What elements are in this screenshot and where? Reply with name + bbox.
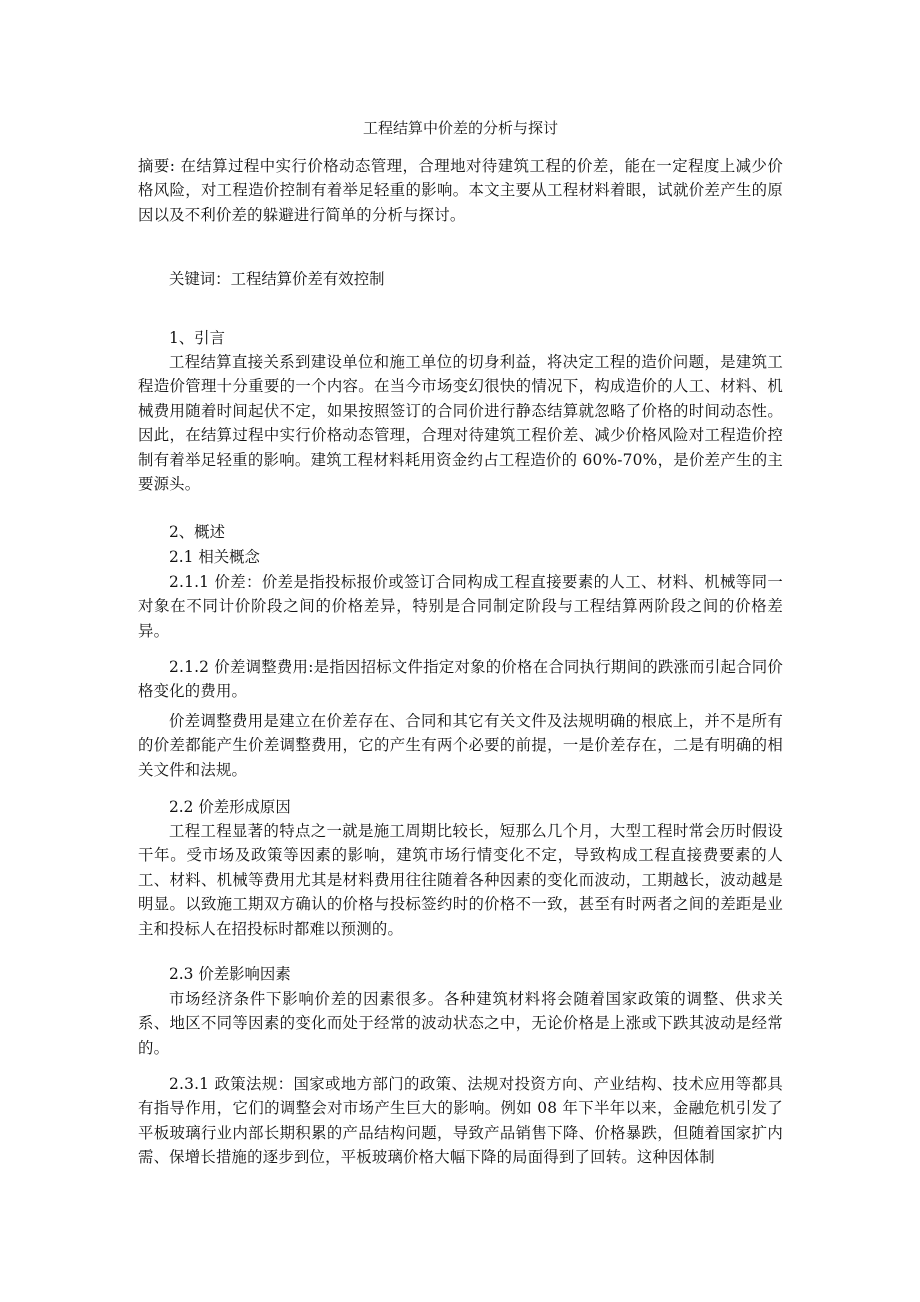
subsection-heading-causes: 2.2 价差形成原因 — [169, 795, 291, 819]
keywords-line: 关键词：工程结算价差有效控制 — [169, 267, 384, 291]
body-paragraph: 2.1.1 价差：价差是指投标报价或签订合同构成工程直接要素的人工、材料、机械等… — [138, 570, 783, 643]
section-heading-introduction: 1、引言 — [169, 326, 225, 350]
subsection-heading-concepts: 2.1 相关概念 — [169, 545, 260, 569]
section-heading-overview: 2、概述 — [169, 520, 225, 544]
body-paragraph: 价差调整费用是建立在价差存在、合同和其它有关文件及法规明确的根底上，并不是所有的… — [138, 709, 783, 782]
body-paragraph: 工程工程显著的特点之一就是施工周期比较长，短那么几个月，大型工程时常会历时假设干… — [138, 819, 783, 941]
body-paragraph: 2.3.1 政策法规：国家或地方部门的政策、法规对投资方向、产业结构、技术应用等… — [138, 1072, 783, 1170]
subsection-heading-factors: 2.3 价差影响因素 — [169, 962, 291, 986]
abstract-paragraph: 摘要: 在结算过程中实行价格动态管理，合理地对待建筑工程的价差，能在一定程度上减… — [138, 154, 783, 227]
body-paragraph: 2.1.2 价差调整费用:是指因招标文件指定对象的价格在合同执行期间的跌涨而引起… — [138, 655, 783, 704]
body-paragraph: 工程结算直接关系到建设单位和施工单位的切身利益，将决定工程的造价问题，是建筑工程… — [138, 350, 783, 496]
body-paragraph: 市场经济条件下影响价差的因素很多。各种建筑材料将会随着国家政策的调整、供求关系、… — [138, 987, 783, 1060]
document-title: 工程结算中价差的分析与探讨 — [138, 117, 783, 139]
